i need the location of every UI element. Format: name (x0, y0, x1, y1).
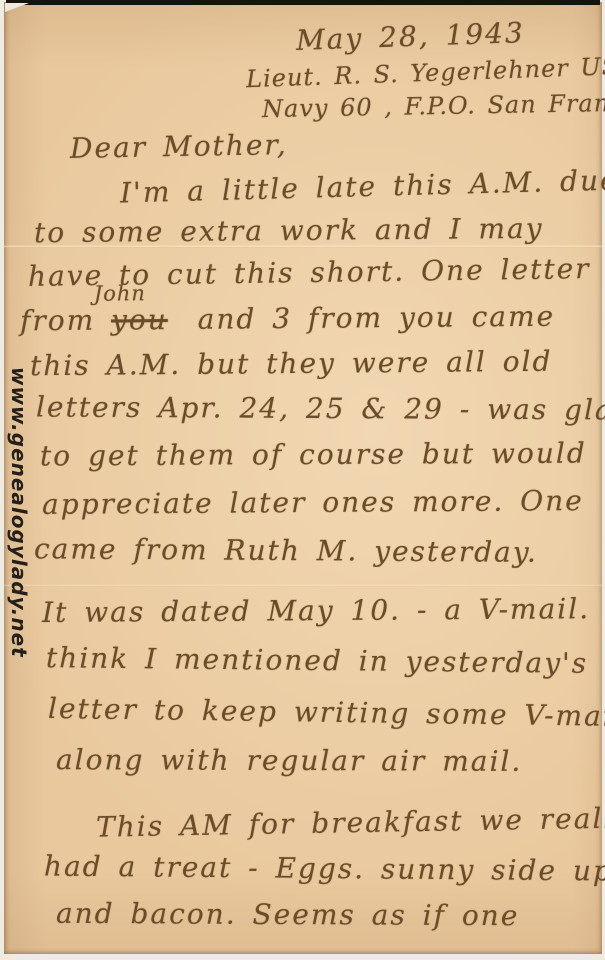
body-line: came from Ruth M. yesterday. (34, 532, 538, 569)
paper-corner-notch (5, 3, 29, 12)
body-line: to some extra work and I may (34, 212, 544, 249)
strikethrough-word: you (111, 303, 168, 336)
address-line: Navy 60 , F.P.O. San Fran. (262, 89, 605, 123)
body-line: think I mentioned in yesterday's (46, 641, 588, 680)
body-line: had a treat - Eggs. sunny side up (44, 850, 605, 888)
inserted-word: John (94, 281, 146, 305)
watermark-text: www.genealogylady.net (7, 367, 31, 658)
edit-prefix: from (20, 304, 95, 338)
letter-scan: www.genealogylady.net May 28, 1943 Lieut… (0, 0, 605, 960)
body-line: It was dated May 10. - a V-mail. I (42, 592, 605, 629)
body-line: this A.M. but they were all old (30, 345, 553, 383)
scan-top-edge (6, 0, 600, 5)
body-line: appreciate later ones more. One (42, 484, 584, 521)
body-line: letters Apr. 24, 25 & 29 - was glad (36, 390, 605, 426)
body-line-with-edit: from you and 3 from you came John (20, 300, 555, 338)
body-line: along with regular air mail. (56, 743, 522, 778)
body-line: and bacon. Seems as if one (56, 897, 519, 932)
salutation-line: Dear Mother, (70, 128, 288, 165)
body-line: to get them of course but would (40, 437, 587, 473)
edit-suffix: and 3 from you came (198, 300, 556, 336)
fold-crease-middle (4, 584, 602, 587)
